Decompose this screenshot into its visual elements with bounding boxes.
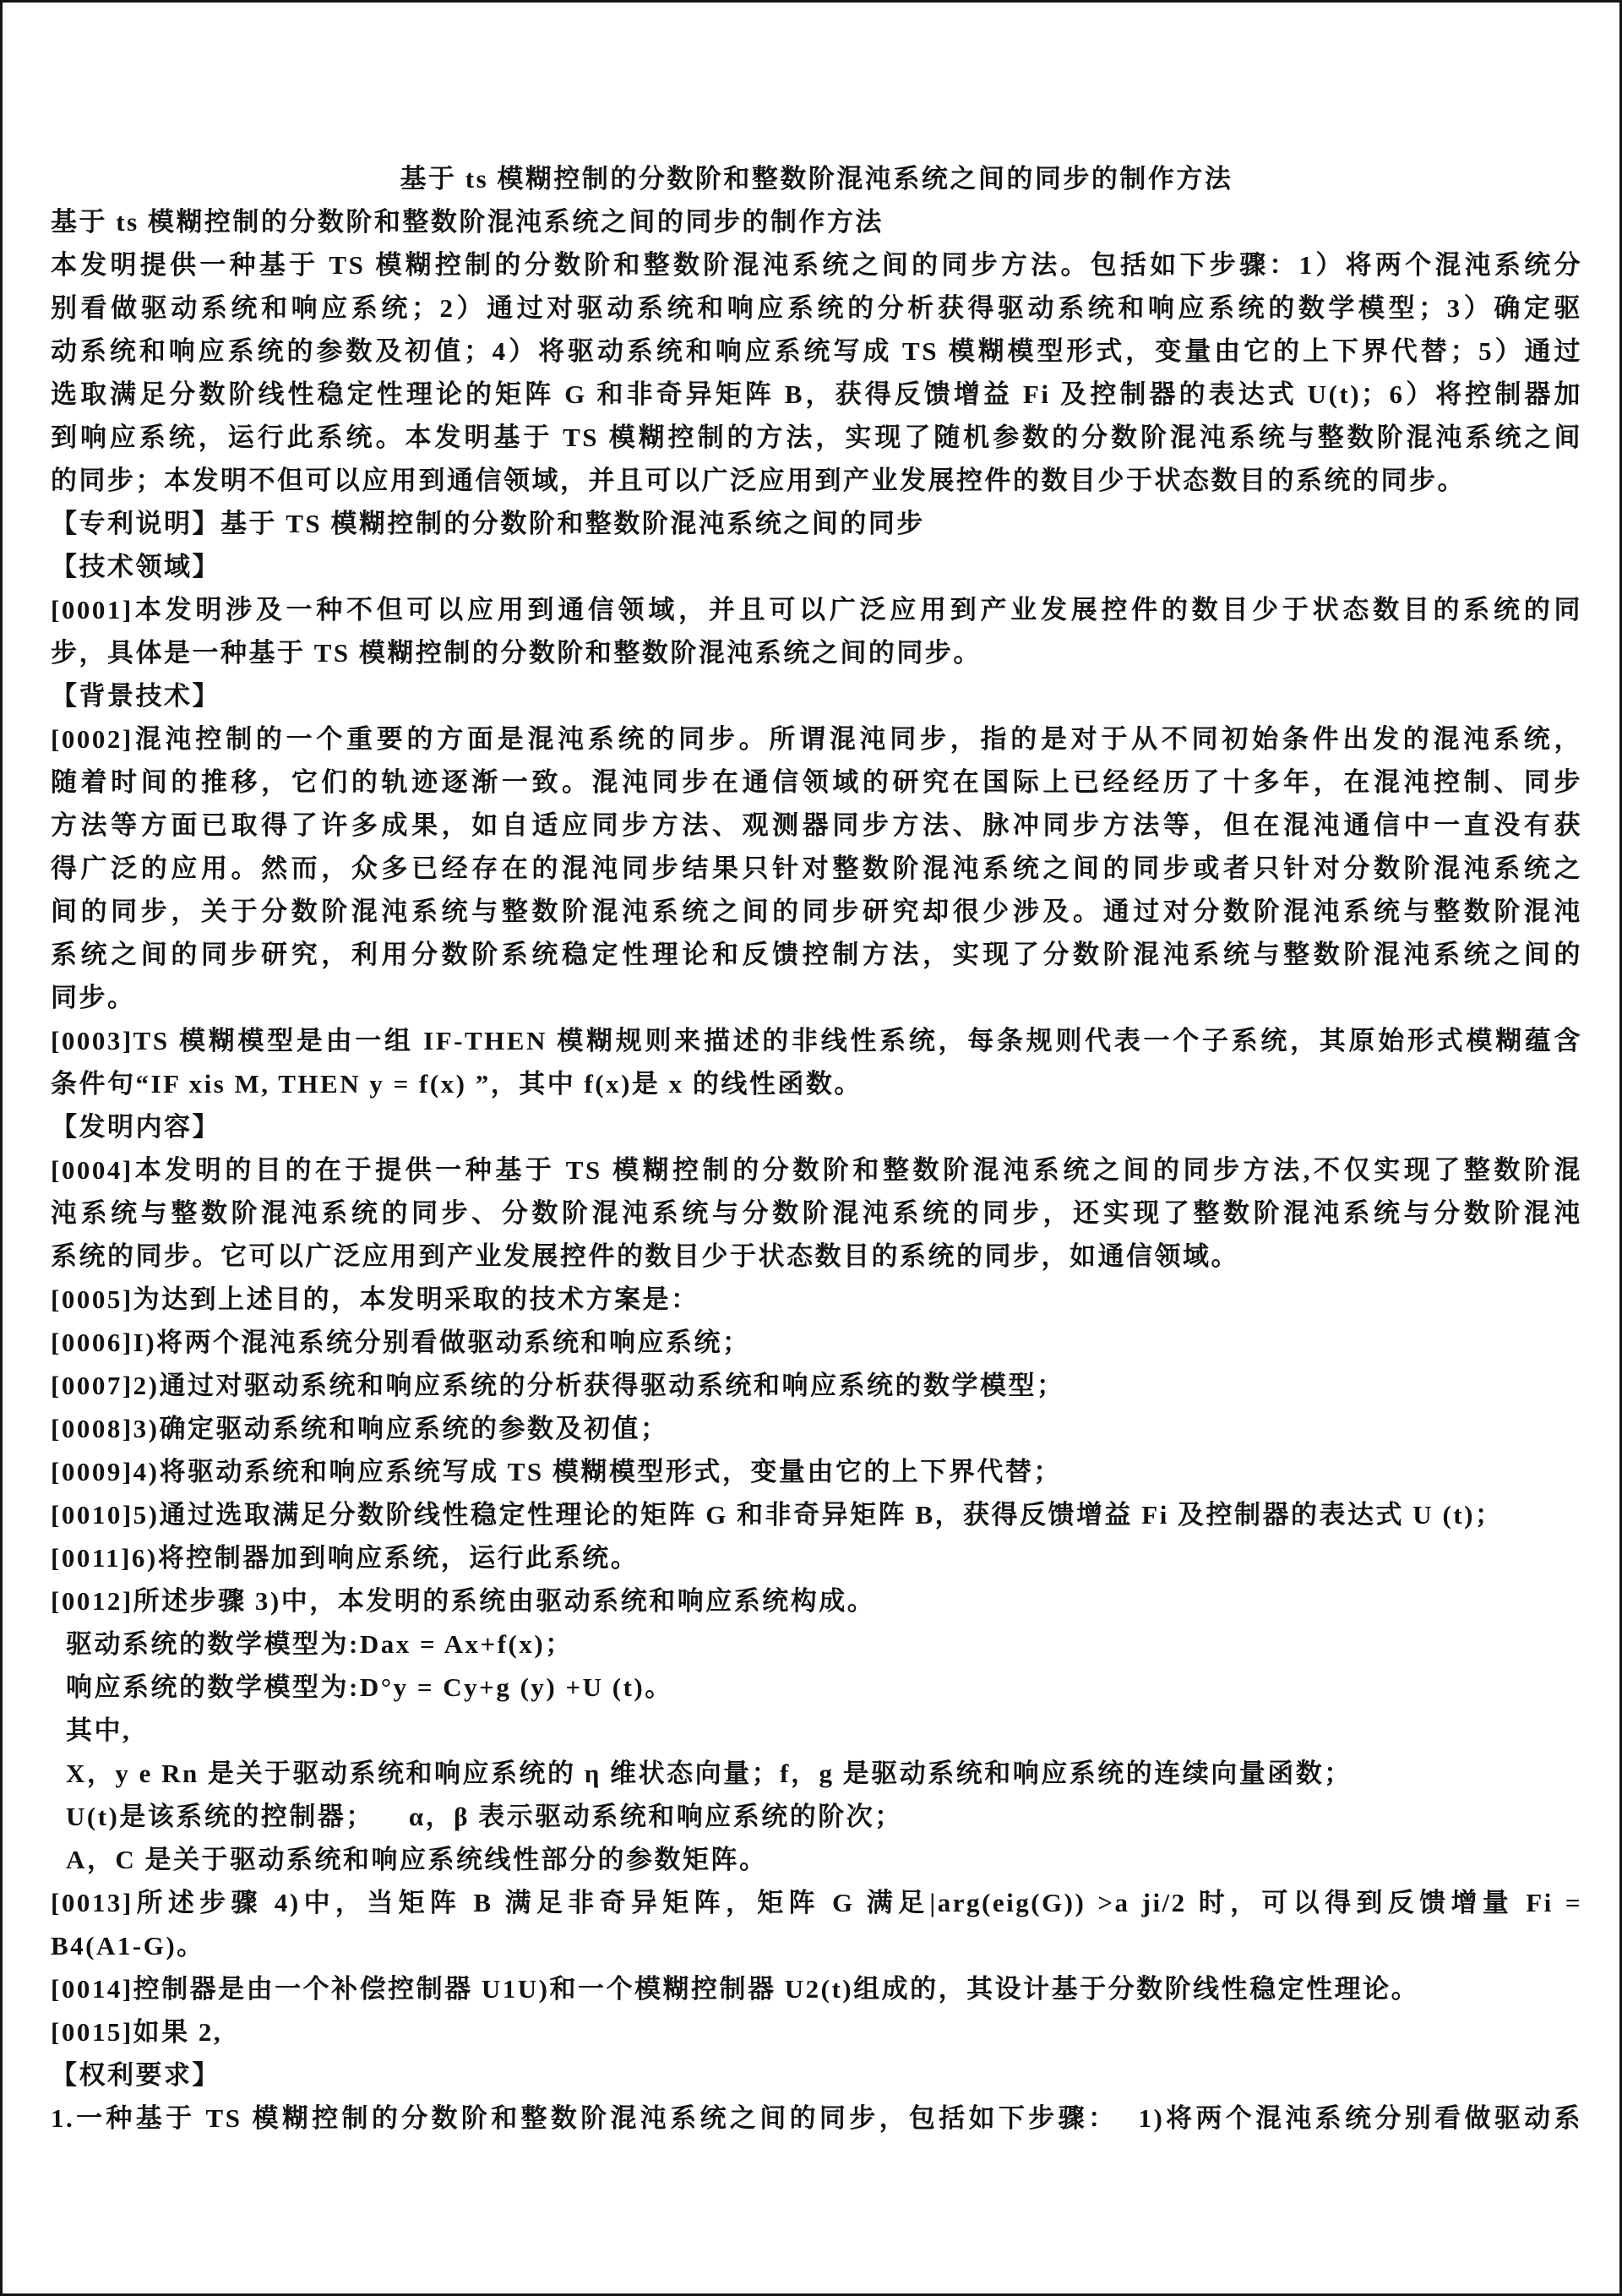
text-line-37: 其中, bbox=[51, 1709, 1582, 1752]
text-line-11: [0001]本发明涉及一种不但可以应用到通信领域，并且可以广泛应用到产业发展控件… bbox=[51, 588, 1582, 631]
text-line-22: 条件句“IF xis M, THEN y = f(x) ”，其中 f(x)是 x… bbox=[51, 1062, 1582, 1105]
text-line-39: U(t)是该系统的控制器； α，β 表示驱动系统和响应系统的阶次； bbox=[51, 1795, 1582, 1838]
text-line-18: 间的同步，关于分数阶混沌系统与整数阶混沌系统之间的同步研究却很少涉及。通过对分数… bbox=[51, 890, 1582, 933]
text-line-38: X，y e Rn 是关于驱动系统和响应系统的 η 维状态向量；f，g 是驱动系统… bbox=[51, 1752, 1582, 1795]
text-line-15: 随着时间的推移，它们的轨迹逐渐一致。混沌同步在通信领域的研究在国际上已经经历了十… bbox=[51, 761, 1582, 804]
text-line-36: 响应系统的数学模型为:D°y = Cy+g (y) +U (t)。 bbox=[51, 1666, 1582, 1709]
text-line-43: [0014]控制器是由一个补偿控制器 U1U)和一个模糊控制器 U2(t)组成的… bbox=[51, 1967, 1582, 2010]
text-line-8: 的同步；本发明不但可以应用到通信领域，并且可以广泛应用到产业发展控件的数目少于状… bbox=[51, 459, 1582, 502]
text-line-5: 动系统和响应系统的参数及初值；4）将驱动系统和响应系统写成 TS 模糊模型形式，… bbox=[51, 330, 1582, 373]
text-line-1: 基于 ts 模糊控制的分数阶和整数阶混沌系统之间的同步的制作方法 bbox=[51, 157, 1582, 200]
text-line-14: [0002]混沌控制的一个重要的方面是混沌系统的同步。所谓混沌同步，指的是对于从… bbox=[51, 717, 1582, 761]
text-line-46: 1.一种基于 TS 模糊控制的分数阶和整数阶混沌系统之间的同步，包括如下步骤： … bbox=[51, 2097, 1582, 2140]
text-line-41: [0013]所述步骤 4)中，当矩阵 B 满足非奇异矩阵，矩阵 G 满足|arg… bbox=[51, 1881, 1582, 1924]
text-line-24: [0004]本发明的目的在于提供一种基于 TS 模糊控制的分数阶和整数阶混沌系统… bbox=[51, 1148, 1582, 1192]
text-line-9: 【专利说明】基于 TS 模糊控制的分数阶和整数阶混沌系统之间的同步 bbox=[51, 502, 1582, 545]
text-line-20: 同步。 bbox=[51, 976, 1582, 1019]
text-line-27: [0005]为达到上述目的，本发明采取的技术方案是： bbox=[51, 1278, 1582, 1321]
document-body: 基于 ts 模糊控制的分数阶和整数阶混沌系统之间的同步的制作方法基于 ts 模糊… bbox=[51, 157, 1582, 2140]
text-line-10: 【技术领域】 bbox=[51, 545, 1582, 588]
text-line-45: 【权利要求】 bbox=[51, 2053, 1582, 2097]
text-line-31: [0009]4)将驱动系统和响应系统写成 TS 模糊模型形式，变量由它的上下界代… bbox=[51, 1450, 1582, 1493]
text-line-19: 系统之间的同步研究，利用分数阶系统稳定性理论和反馈控制方法，实现了分数阶混沌系统… bbox=[51, 933, 1582, 976]
text-line-42: B4(A1-G)。 bbox=[51, 1924, 1582, 1967]
text-line-2: 基于 ts 模糊控制的分数阶和整数阶混沌系统之间的同步的制作方法 bbox=[51, 200, 1582, 243]
text-line-13: 【背景技术】 bbox=[51, 674, 1582, 717]
text-line-35: 驱动系统的数学模型为:Dax = Ax+f(x)； bbox=[51, 1622, 1582, 1666]
text-line-4: 别看做驱动系统和响应系统；2）通过对驱动系统和响应系统的分析获得驱动系统和响应系… bbox=[51, 286, 1582, 330]
text-line-16: 方法等方面已取得了许多成果，如自适应同步方法、观测器同步方法、脉冲同步方法等，但… bbox=[51, 804, 1582, 847]
text-line-26: 系统的同步。它可以广泛应用到产业发展控件的数目少于状态数目的系统的同步，如通信领… bbox=[51, 1235, 1582, 1278]
text-line-32: [0010]5)通过选取满足分数阶线性稳定性理论的矩阵 G 和非奇异矩阵 B，获… bbox=[51, 1493, 1582, 1536]
text-line-21: [0003]TS 模糊模型是由一组 IF-THEN 模糊规则来描述的非线性系统，… bbox=[51, 1019, 1582, 1062]
text-line-12: 步，具体是一种基于 TS 模糊控制的分数阶和整数阶混沌系统之间的同步。 bbox=[51, 631, 1582, 674]
text-line-3: 本发明提供一种基于 TS 模糊控制的分数阶和整数阶混沌系统之间的同步方法。包括如… bbox=[51, 243, 1582, 286]
text-line-34: [0012]所述步骤 3)中，本发明的系统由驱动系统和响应系统构成。 bbox=[51, 1579, 1582, 1622]
patent-document-page: 基于 ts 模糊控制的分数阶和整数阶混沌系统之间的同步的制作方法基于 ts 模糊… bbox=[0, 0, 1622, 2296]
text-line-40: A，C 是关于驱动系统和响应系统线性部分的参数矩阵。 bbox=[51, 1838, 1582, 1881]
text-line-28: [0006]I)将两个混沌系统分别看做驱动系统和响应系统； bbox=[51, 1321, 1582, 1364]
text-line-44: [0015]如果 2, bbox=[51, 2010, 1582, 2053]
text-line-29: [0007]2)通过对驱动系统和响应系统的分析获得驱动系统和响应系统的数学模型； bbox=[51, 1364, 1582, 1407]
text-line-30: [0008]3)确定驱动系统和响应系统的参数及初值； bbox=[51, 1407, 1582, 1450]
text-line-17: 得广泛的应用。然而，众多已经存在的混沌同步结果只针对整数阶混沌系统之间的同步或者… bbox=[51, 847, 1582, 890]
text-line-6: 选取满足分数阶线性稳定性理论的矩阵 G 和非奇异矩阵 B，获得反馈增益 Fi 及… bbox=[51, 373, 1582, 416]
text-line-33: [0011]6)将控制器加到响应系统，运行此系统。 bbox=[51, 1536, 1582, 1579]
text-line-25: 沌系统与整数阶混沌系统的同步、分数阶混沌系统与分数阶混沌系统的同步，还实现了整数… bbox=[51, 1192, 1582, 1235]
text-line-7: 到响应系统，运行此系统。本发明基于 TS 模糊控制的方法，实现了随机参数的分数阶… bbox=[51, 416, 1582, 459]
text-line-23: 【发明内容】 bbox=[51, 1105, 1582, 1148]
